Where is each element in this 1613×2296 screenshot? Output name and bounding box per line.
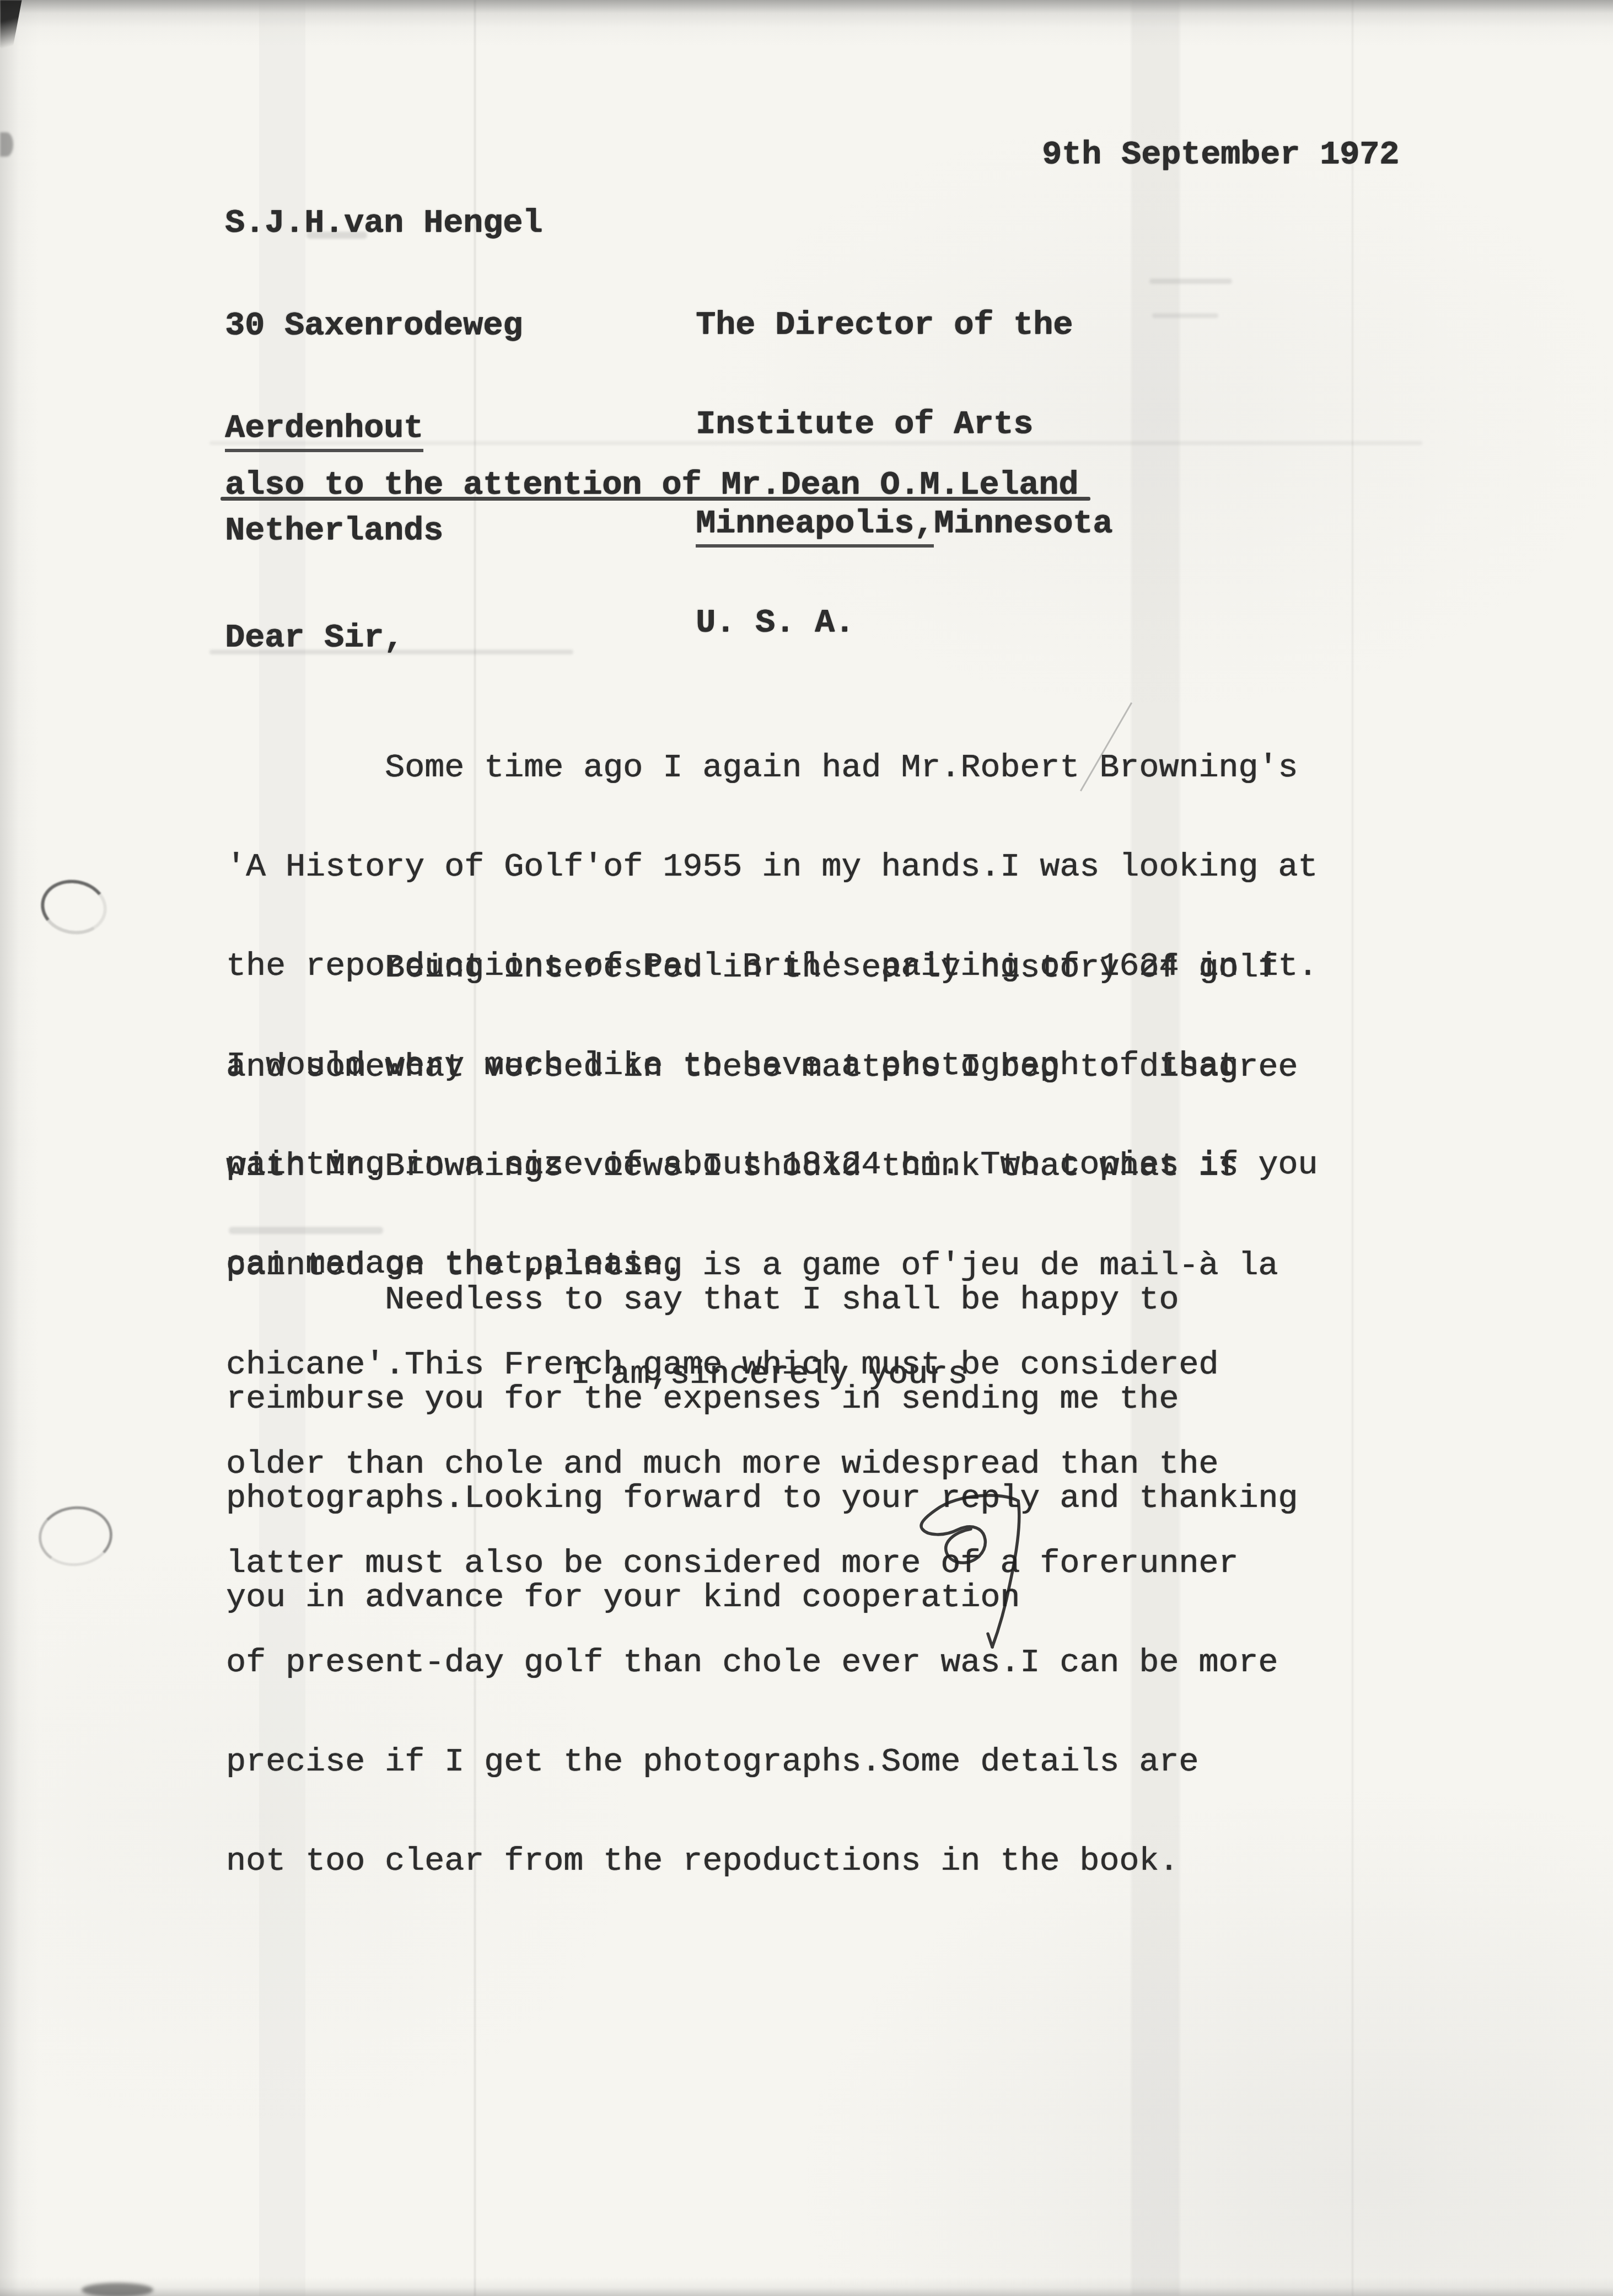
recipient-city: Minneapolis, xyxy=(696,505,934,548)
sender-country: Netherlands xyxy=(225,514,542,548)
date-line: 9th September 1972 xyxy=(1042,138,1399,172)
vertical-streak-line xyxy=(1352,0,1353,2296)
sender-street: 30 Saxenrodeweg xyxy=(225,309,542,343)
corner-scan-mark xyxy=(0,0,24,62)
scanned-letter-page: S.J.H.van Hengel 30 Saxenrodeweg Aerdenh… xyxy=(0,0,1613,2296)
body-line: Some time ago I again had Mr.Robert Brow… xyxy=(226,752,1318,785)
body-line: Being interested in the early history of… xyxy=(226,952,1298,985)
recipient-country: U. S. A. xyxy=(696,607,1112,640)
body-line: with Mr.Brownings views.I should think t… xyxy=(226,1150,1298,1183)
paragraph-3: Needless to say that I shall be happy to… xyxy=(226,1217,1298,1681)
sender-address: S.J.H.van Hengel 30 Saxenrodeweg Aerdenh… xyxy=(225,138,542,616)
attention-underline xyxy=(221,497,1090,501)
recipient-line-2: Institute of Arts xyxy=(696,408,1112,441)
body-line: and somewhat versed in these matters I b… xyxy=(226,1051,1298,1084)
scan-smudge xyxy=(1152,313,1218,318)
scan-smudge xyxy=(1149,278,1232,284)
punch-ring-bottom xyxy=(36,1503,116,1569)
body-line: not too clear from the repoductions in t… xyxy=(226,1845,1298,1878)
signature-tick xyxy=(988,1634,992,1647)
salutation: Dear Sir, xyxy=(225,621,404,655)
bottom-edge-smudge xyxy=(82,2283,153,2296)
signature-loop xyxy=(921,1495,1018,1563)
body-line: Needless to say that I shall be happy to xyxy=(226,1284,1298,1317)
body-line: precise if I get the photographs.Some de… xyxy=(226,1746,1298,1779)
recipient-line-3: Minneapolis,Minnesota xyxy=(696,507,1112,540)
signature-stem xyxy=(992,1501,1019,1647)
left-edge-mark xyxy=(0,132,13,157)
signature-squiggle xyxy=(915,1489,1031,1654)
recipient-line-1: The Director of the xyxy=(696,309,1112,342)
closing-line: I am,sincerely yours xyxy=(571,1358,967,1392)
sender-city: Aerdenhout xyxy=(225,410,423,452)
body-line: photographs.Looking forward to your repl… xyxy=(226,1482,1298,1515)
body-line: you in advance for your kind cooperation xyxy=(226,1581,1298,1614)
sender-name: S.J.H.van Hengel xyxy=(225,206,542,240)
punch-ring-top xyxy=(36,875,111,939)
body-line: 'A History of Golf'of 1955 in my hands.I… xyxy=(226,851,1318,884)
recipient-state: Minnesota xyxy=(934,505,1112,543)
